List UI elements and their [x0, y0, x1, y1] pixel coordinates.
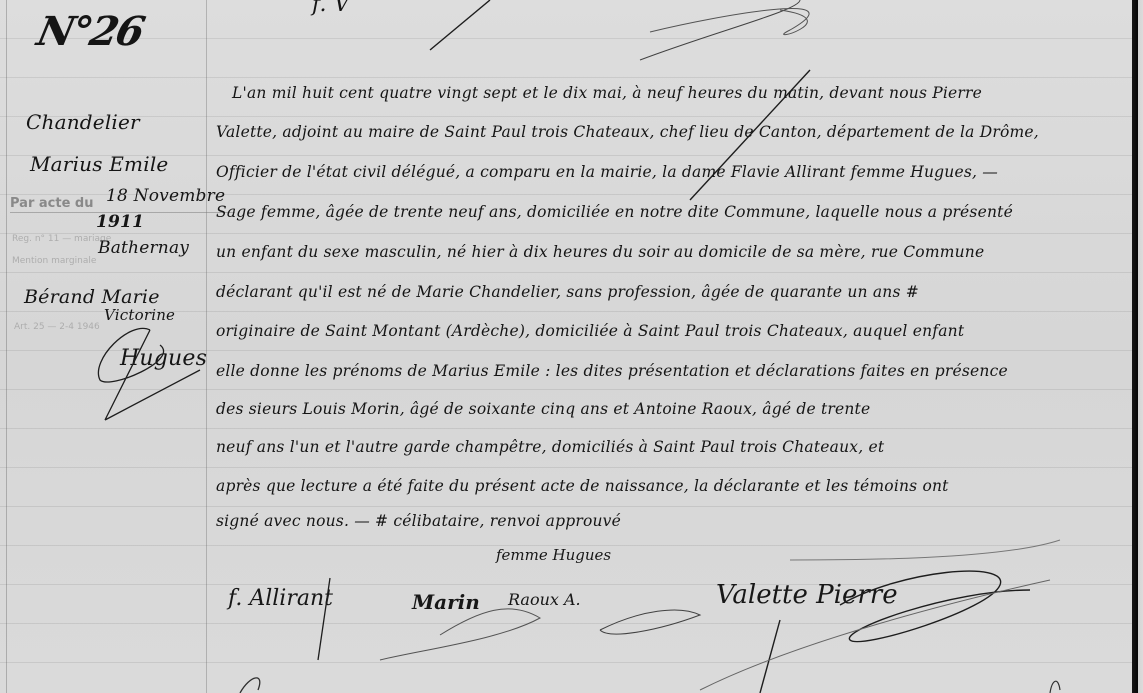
annotation-date: 18 Novembre: [106, 186, 225, 206]
record-body-line: originaire de Saint Montant (Ardèche), d…: [216, 322, 964, 340]
record-body-line: neuf ans l'un et l'autre garde champêtre…: [216, 438, 884, 456]
record-body-line: L'an mil huit cent quatre vingt sept et …: [232, 84, 982, 102]
signature-officer: Valette Pierre: [716, 580, 898, 610]
previous-signature-flourish: [0, 0, 1143, 80]
record-body-line: après que lecture a été faite du présent…: [216, 477, 949, 495]
annotation-place: Bathernay: [98, 238, 189, 258]
record-body-line: Sage femme, âgée de trente neuf ans, dom…: [216, 203, 1013, 221]
left-page-rule: [6, 0, 7, 693]
faded-stamp-text: Art. 25 — 2-4 1946: [14, 322, 100, 332]
signature-caption: femme Hugues: [496, 546, 611, 564]
record-body-line: Valette, adjoint au maire de Saint Paul …: [216, 123, 1039, 141]
faded-stamp-text: Mention marginale: [12, 256, 96, 266]
spouse-name: Bérand Marie: [24, 286, 160, 308]
record-body-line: Officier de l'état civil délégué, a comp…: [216, 163, 998, 181]
record-body-line: des sieurs Louis Morin, âgé de soixante …: [216, 400, 870, 418]
top-fragment-text: f. V: [312, 0, 350, 17]
book-binding-edge: [1132, 0, 1143, 693]
record-body-line: signé avec nous. — # célibataire, renvoi…: [216, 512, 621, 530]
margin-surname: Chandelier: [26, 110, 140, 134]
signature-witness-3: Raoux A.: [508, 590, 581, 609]
record-body-line: déclarant qu'il est né de Marie Chandeli…: [216, 283, 919, 301]
spouse-name-continued: Victorine: [104, 306, 175, 324]
signature-witness-2: Marin: [412, 590, 480, 614]
record-body-line: un enfant du sexe masculin, né hier à di…: [216, 243, 984, 261]
marriage-annotation-stamp: Par acte du: [10, 196, 93, 211]
annotation-year: 1911: [96, 212, 144, 232]
record-number: N°26: [33, 8, 147, 55]
signature-witness-1: f. Allirant: [228, 586, 333, 611]
register-page: f. V N°26 Chandelier Marius Emile Par ac…: [0, 0, 1143, 693]
record-body-line: elle donne les prénoms de Marius Emile :…: [216, 362, 1008, 380]
margin-given-names: Marius Emile: [30, 152, 168, 176]
margin-signature: Hugues: [120, 346, 207, 371]
faded-stamp-text: Reg. n° 11 — mariage: [12, 234, 111, 244]
